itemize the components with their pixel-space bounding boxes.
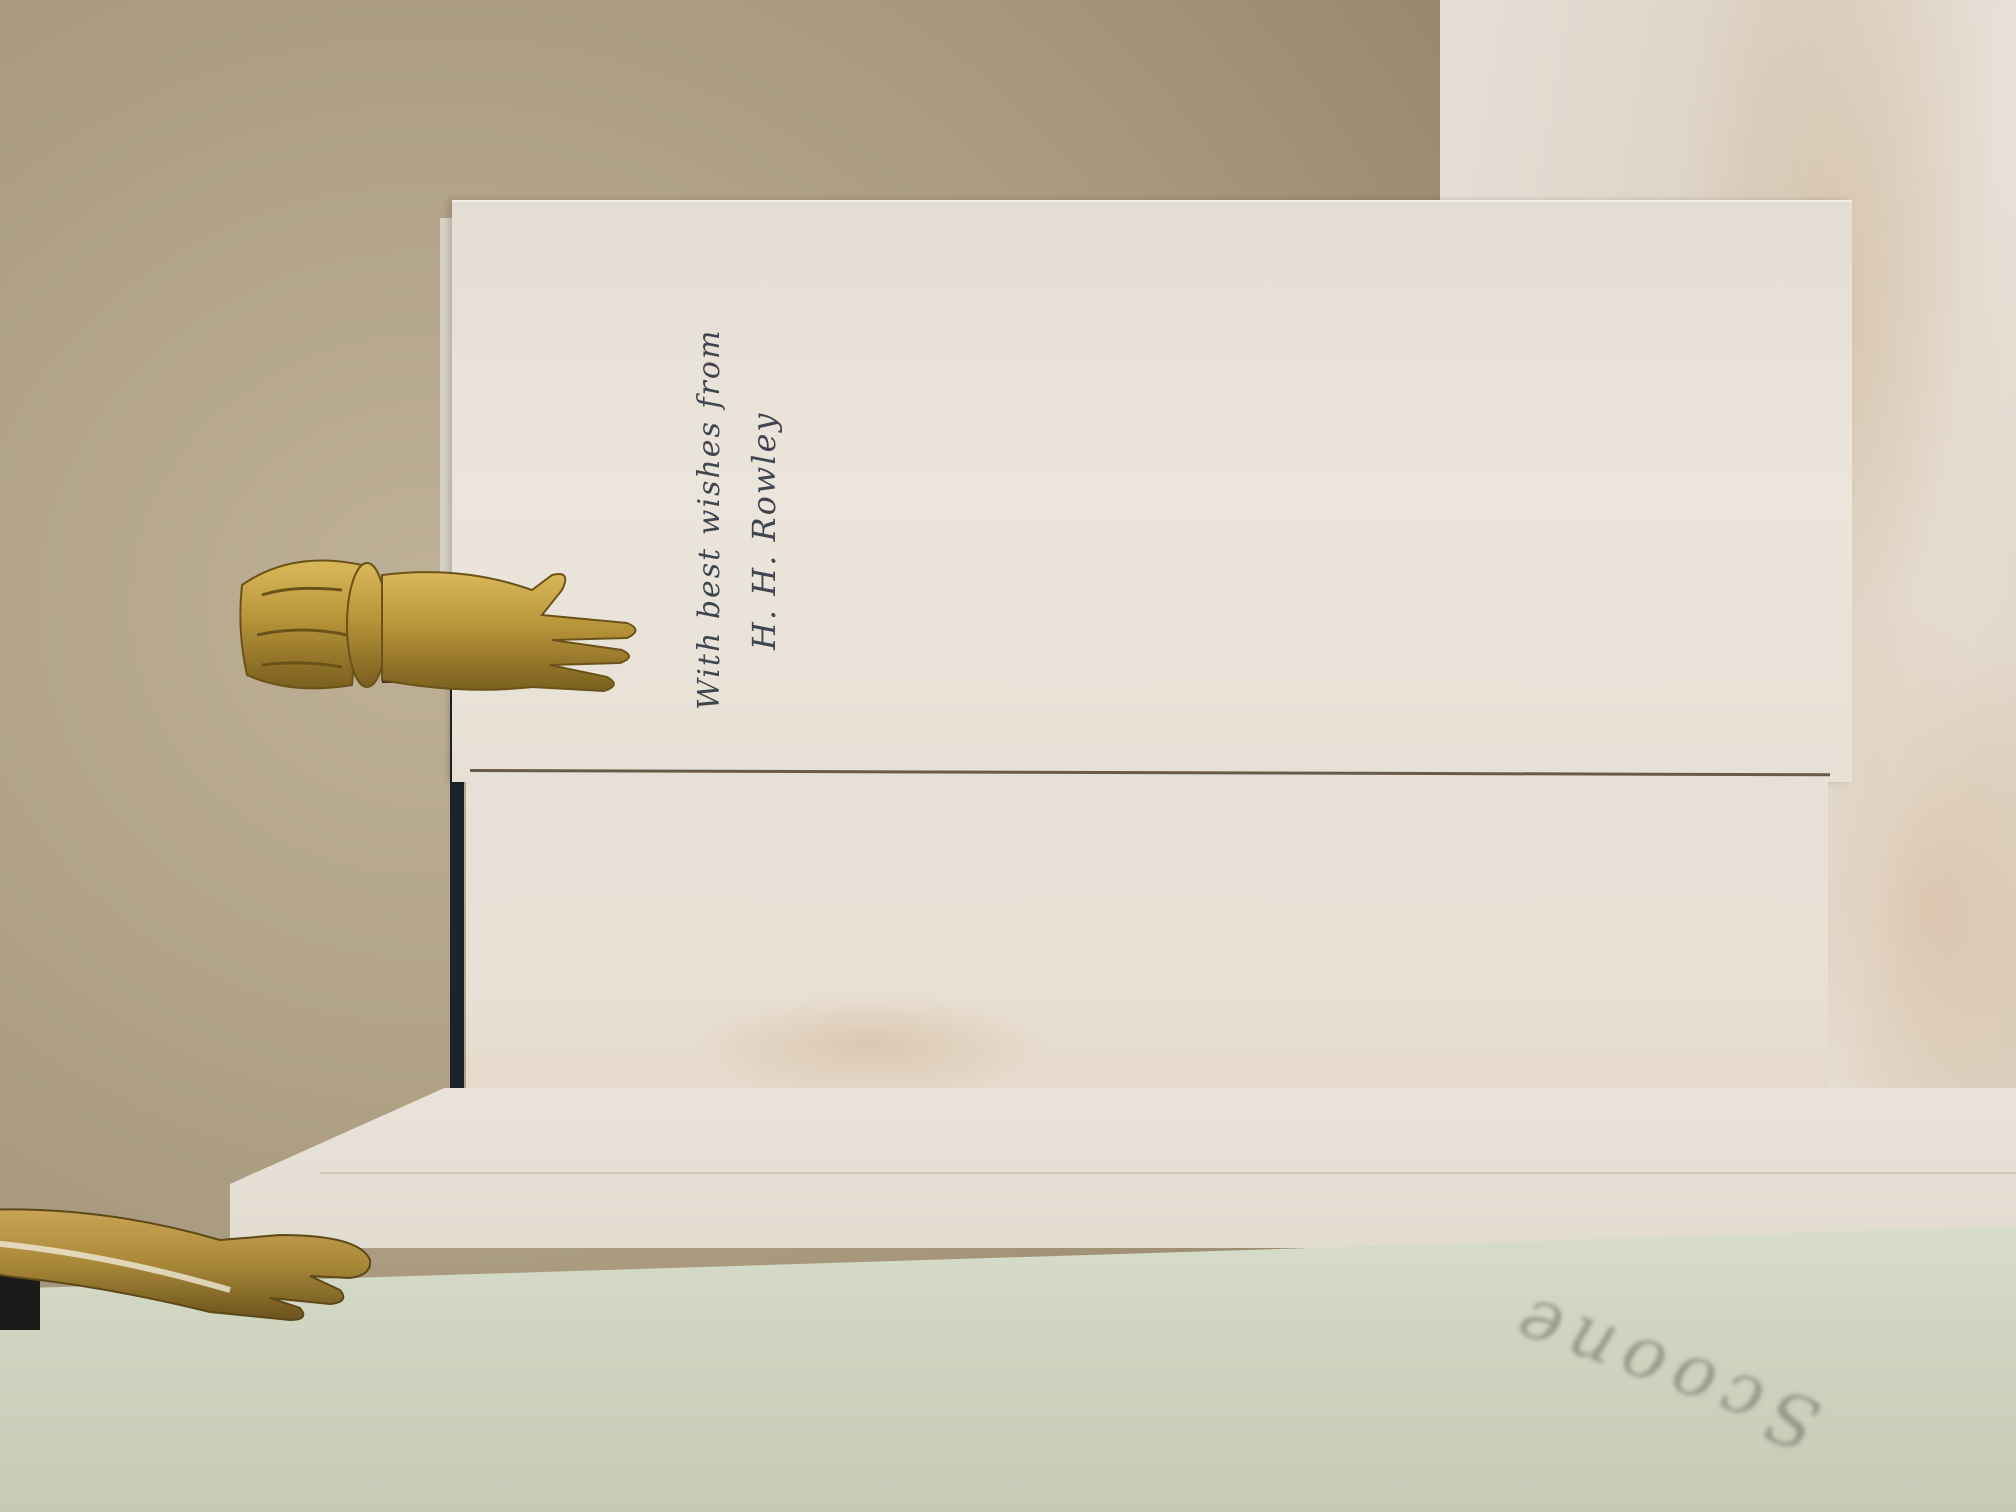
- foxing-stain: [690, 990, 1050, 1100]
- inscription-signature: H. H. Rowley: [745, 310, 783, 650]
- handwritten-inscription: With best wishes from H. H. Rowley: [692, 310, 842, 710]
- inscription-line-1: With best wishes from: [692, 310, 727, 710]
- endpaper-lower: [466, 772, 1828, 1110]
- page-block-line: [320, 1172, 2016, 1174]
- text-block-pages: [230, 1088, 2016, 1248]
- photo-scene: With best wishes from H. H. Rowley Scoon…: [0, 0, 2016, 1512]
- brass-hand-clip-icon: [232, 545, 652, 715]
- brass-hand-clip-icon: [0, 1180, 400, 1340]
- endpaper-upper: [452, 200, 1852, 782]
